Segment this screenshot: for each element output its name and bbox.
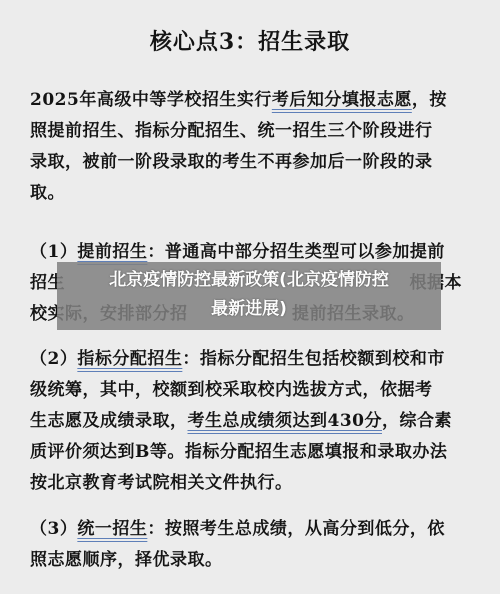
section-line: 质评价须达到B等。指标分配招生志愿填报和录取办法 xyxy=(30,437,470,468)
intro-text: ，按 xyxy=(412,90,447,110)
section-line: 生志愿及成绩录取，考生总成绩须达到430分，综合素 xyxy=(30,406,470,437)
highlight-after-exam-application: 考后知分填报志愿 xyxy=(272,90,412,110)
section-text: 生志愿及成绩录取， xyxy=(30,411,188,431)
section-heading: 统一招生 xyxy=(77,519,147,539)
section-heading: 指标分配招生 xyxy=(77,349,182,369)
page-title: 核心点3：招生录取 xyxy=(0,25,500,56)
intro-line: 取。 xyxy=(30,178,470,209)
caption-overlay-text: 北京疫情防控最新政策(北京疫情防控 最新进展) xyxy=(57,266,441,324)
section-text: ，综合素 xyxy=(382,411,452,431)
section-line: 按北京教育考试院相关文件执行。 xyxy=(30,468,470,499)
highlight-score-requirement: 考生总成绩须达到430分 xyxy=(188,411,383,431)
section-unified-admission: （3）统一招生：按照考生总成绩，从高分到低分，依 照志愿顺序，择优录取。 xyxy=(30,514,470,576)
section-text: 按照考生总成绩，从高分到低分，依 xyxy=(165,519,445,539)
section-line: 级统筹，其中，校额到校采取校内选拔方式，依据考 xyxy=(30,375,470,406)
caption-line-2: 最新进展) xyxy=(57,295,441,324)
section-number: （1） xyxy=(30,242,77,262)
document-page: 核心点3：招生录取 2025年高级中等学校招生实行考后知分填报志愿，按 照提前招… xyxy=(0,0,500,594)
section-number: （3） xyxy=(30,519,77,539)
intro-line: 照提前招生、指标分配招生、统一招生三个阶段进行 xyxy=(30,116,470,147)
caption-line-1: 北京疫情防控最新政策(北京疫情防控 xyxy=(57,266,441,295)
colon: ： xyxy=(147,519,165,539)
colon: ： xyxy=(147,242,165,262)
section-number: （2） xyxy=(30,349,77,369)
section-text: 指标分配招生包括校额到校和市 xyxy=(200,349,445,369)
intro-line: 2025年高级中等学校招生实行考后知分填报志愿，按 xyxy=(30,85,470,116)
section-line: （3）统一招生：按照考生总成绩，从高分到低分，依 xyxy=(30,514,470,545)
colon: ： xyxy=(182,349,200,369)
intro-line: 录取，被前一阶段录取的考生不再参加后一阶段的录 xyxy=(30,147,470,178)
section-heading: 提前招生 xyxy=(77,242,147,262)
section-line: （2）指标分配招生：指标分配招生包括校额到校和市 xyxy=(30,344,470,375)
section-text: 普通高中部分招生类型可以参加提前 xyxy=(165,242,445,262)
intro-text: 2025年高级中等学校招生实行 xyxy=(30,90,272,110)
section-quota-allocation: （2）指标分配招生：指标分配招生包括校额到校和市 级统筹，其中，校额到校采取校内… xyxy=(30,344,470,499)
intro-paragraph: 2025年高级中等学校招生实行考后知分填报志愿，按 照提前招生、指标分配招生、统… xyxy=(30,85,470,209)
section-line: 照志愿顺序，择优录取。 xyxy=(30,545,470,576)
